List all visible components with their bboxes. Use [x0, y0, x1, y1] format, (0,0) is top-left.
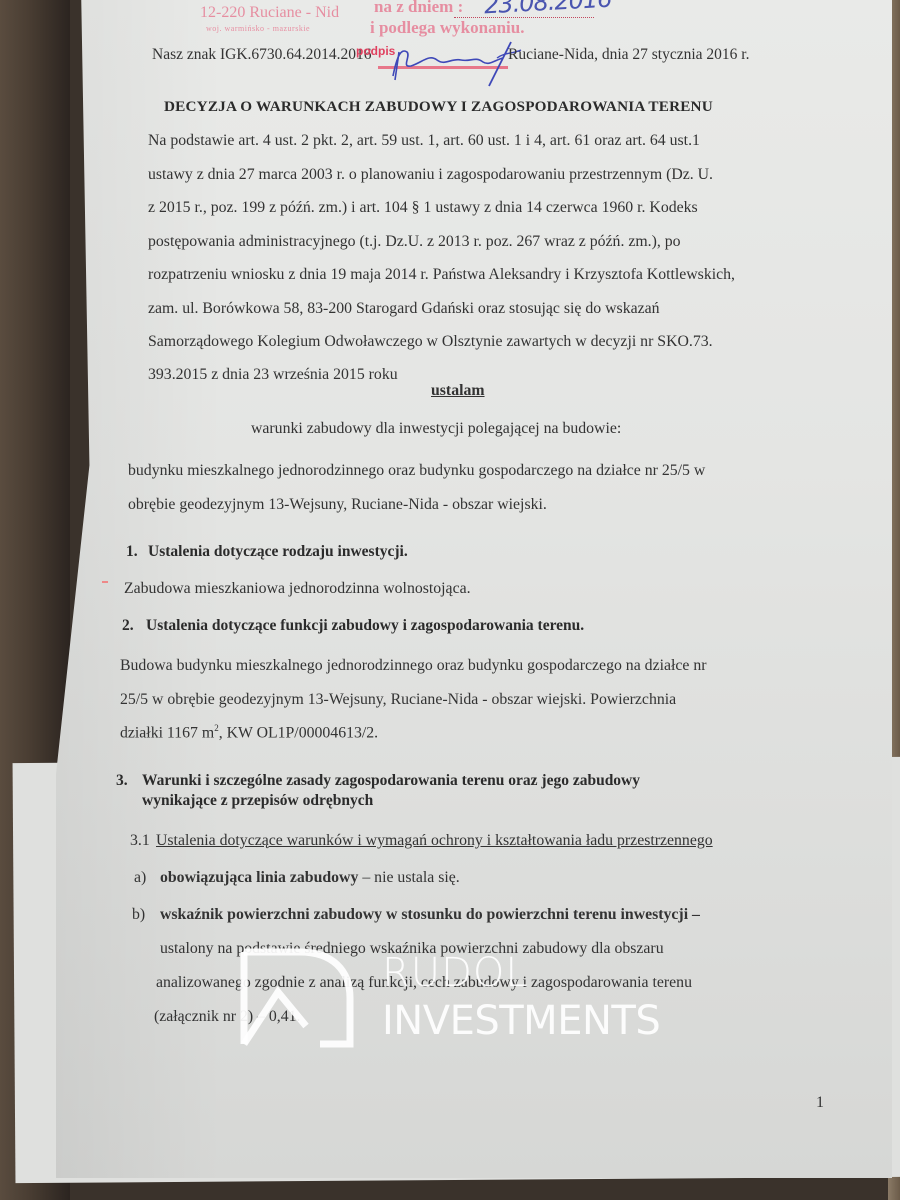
section-3-heading: wynikające z przepisów odrębnych	[142, 792, 373, 810]
stamp-office-region: woj. warmińsko - mazurskie	[206, 24, 310, 33]
item-a-marker: a)	[134, 869, 146, 887]
section-1-number: 1.	[126, 543, 138, 561]
intro-line: ustawy z dnia 27 marca 2003 r. o planowa…	[148, 166, 713, 184]
stamp-execution-label: i podlega wykonaniu.	[370, 18, 524, 38]
page-number: 1	[816, 1094, 824, 1112]
place-and-date: Ruciane-Nida, dnia 27 stycznia 2016 r.	[508, 46, 749, 64]
red-mark	[102, 581, 108, 583]
section-2-body: 25/5 w obrębie geodezyjnym 13-Wejsuny, R…	[120, 691, 676, 709]
intro-line: zam. ul. Borówkowa 58, 83-200 Starogard …	[148, 300, 660, 318]
reference-number: Nasz znak IGK.6730.64.2014.2016	[152, 46, 372, 64]
investment-line: obrębie geodezyjnym 13-Wejsuny, Ruciane-…	[128, 496, 547, 514]
stamp-office-address: 12-220 Ruciane - Nid	[200, 4, 339, 22]
investment-line: budynku mieszkalnego jednorodzinnego ora…	[128, 462, 705, 480]
section-2-number: 2.	[122, 617, 134, 635]
intro-line: rozpatrzeniu wniosku z dnia 19 maja 2014…	[148, 266, 735, 284]
subsection-3-1-number: 3.1	[130, 832, 150, 850]
item-a-term: obowiązująca linia zabudowy	[160, 869, 358, 886]
land-register-number: , KW OL1P/00004613/2.	[219, 724, 378, 741]
watermark-brand-sub: INVESTMENTS	[382, 998, 660, 1044]
section-3-heading: Warunki i szczególne zasady zagospodarow…	[142, 772, 640, 790]
item-a-value: – nie ustala się.	[358, 869, 459, 886]
section-1-body: Zabudowa mieszkaniowa jednorodzinna woln…	[124, 580, 471, 598]
decision-subtitle: warunki zabudowy dla inwestycji polegają…	[251, 420, 621, 438]
intro-line: Samorządowego Kolegium Odwoławczego w Ol…	[148, 333, 713, 351]
item-b-term: wskaźnik powierzchni zabudowy w stosunku…	[160, 906, 700, 924]
item-a: obowiązująca linia zabudowy – nie ustala…	[160, 869, 460, 887]
section-2-heading: Ustalenia dotyczące funkcji zabudowy i z…	[146, 617, 584, 635]
intro-line: postępowania administracyjnego (t.j. Dz.…	[148, 233, 681, 251]
section-3-number: 3.	[116, 772, 128, 790]
intro-line: 393.2015 z dnia 23 września 2015 roku	[148, 366, 398, 384]
decision-keyword: ustalam	[431, 382, 485, 400]
section-2-body: Budowa budynku mieszkalnego jednorodzinn…	[120, 657, 707, 675]
section-1-heading: Ustalenia dotyczące rodzaju inwestycji.	[148, 543, 408, 561]
watermark: RUDOL INVESTMENTS	[240, 948, 680, 1048]
document-title: DECYZJA O WARUNKACH ZABUDOWY I ZAGOSPODA…	[164, 98, 713, 116]
watermark-brand: RUDOL	[382, 950, 529, 996]
subsection-3-1-heading: Ustalenia dotyczące warunków i wymagań o…	[156, 832, 713, 850]
stamp-office-name: Ruciane - Nida	[218, 0, 327, 2]
section-2-area: działki 1167 m2, KW OL1P/00004613/2.	[120, 723, 378, 742]
intro-line: z 2015 r., poz. 199 z późń. zm.) i art. …	[148, 199, 698, 217]
item-b-marker: b)	[132, 906, 145, 924]
stamp-validity-label: na z dniem :	[374, 0, 463, 17]
rudol-logo-icon	[240, 948, 355, 1048]
intro-line: Na podstawie art. 4 ust. 2 pkt. 2, art. …	[148, 132, 700, 150]
area-text: działki 1167 m	[120, 724, 214, 741]
